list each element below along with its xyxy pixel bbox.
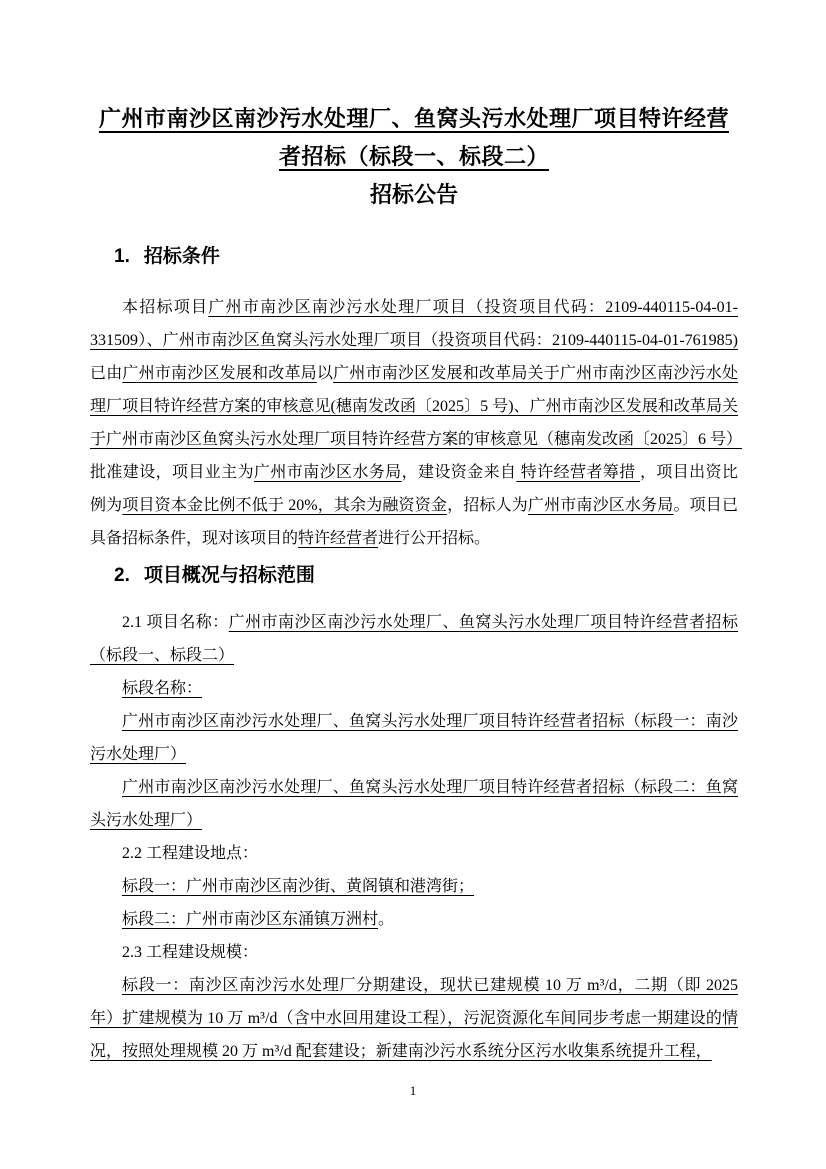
text-run: 以 — [317, 365, 333, 382]
section-label: 招标条件 — [144, 246, 220, 267]
section-heading: 1.招标条件 — [90, 244, 738, 270]
underlined-text: 广州市南沙区南沙污水处理厂、鱼窝头污水处理厂项目特许经营者招标（标段一：南沙污水… — [90, 713, 738, 763]
underlined-text: 标段名称： — [122, 680, 202, 697]
paragraph: 标段二：广州市南沙区东涌镇万洲村。 — [90, 903, 738, 936]
section-number: 2. — [114, 565, 130, 586]
text-run: 已由 — [90, 365, 122, 382]
underlined-text: 标段一：南沙区南沙污水处理厂分期建设，现状已建规模 10 万 m³/d，二期（即… — [90, 977, 738, 1060]
text-run: 进行公开招标。 — [378, 530, 490, 547]
paragraph: 2.1 项目名称：广州市南沙区南沙污水处理厂、鱼窝头污水处理厂项目特许经营者招标… — [90, 606, 738, 672]
paragraph: 本招标项目广州市南沙区南沙污水处理厂项目（投资项目代码：2109-440115-… — [90, 291, 738, 555]
underlined-text: 标段一：广州市南沙区南沙街、黄阁镇和港湾街； — [122, 878, 474, 895]
underlined-text: 广州市南沙区水务局 — [528, 497, 674, 514]
section-number: 1. — [114, 246, 130, 267]
paragraph: 标段一：广州市南沙区南沙街、黄阁镇和港湾街； — [90, 870, 738, 903]
paragraph: 广州市南沙区南沙污水处理厂、鱼窝头污水处理厂项目特许经营者招标（标段一：南沙污水… — [90, 705, 738, 771]
underlined-text: 特许经营者 — [298, 530, 378, 547]
paragraph: 广州市南沙区南沙污水处理厂、鱼窝头污水处理厂项目特许经营者招标（标段二：鱼窝头污… — [90, 771, 738, 837]
text-run: 本招标项目 — [122, 299, 208, 316]
paragraph: 标段一：南沙区南沙污水处理厂分期建设，现状已建规模 10 万 m³/d，二期（即… — [90, 969, 738, 1068]
document-content: 广州市南沙区南沙污水处理厂、鱼窝头污水处理厂项目特许经营者招标（标段一、标段二）… — [90, 0, 738, 1068]
paragraph: 标段名称： — [90, 672, 738, 705]
text-run: 2.2 工程建设地点： — [122, 845, 258, 862]
underlined-text: 广州市南沙区水务局 — [254, 464, 402, 481]
text-run: 2.3 工程建设规模： — [122, 944, 258, 961]
text-run: 。 — [378, 911, 394, 928]
section-label: 项目概况与招标范围 — [144, 565, 315, 586]
document-subtitle: 招标公告 — [90, 176, 738, 214]
underlined-text: 项目资本金比例不低于 20%，其余为融资资金 — [122, 497, 447, 514]
section-heading: 2.项目概况与招标范围 — [90, 563, 738, 589]
paragraph: 2.2 工程建设地点： — [90, 837, 738, 870]
underlined-text: 特许经营者筹措 — [516, 464, 640, 481]
document-title: 广州市南沙区南沙污水处理厂、鱼窝头污水处理厂项目特许经营者招标（标段一、标段二） — [90, 100, 738, 176]
underlined-text: 广州市南沙区南沙污水处理厂、鱼窝头污水处理厂项目特许经营者招标（标段二：鱼窝头污… — [90, 779, 738, 829]
document-page: 广州市南沙区南沙污水处理厂、鱼窝头污水处理厂项目特许经营者招标（标段一、标段二）… — [0, 0, 826, 1169]
text-run: ，招标人为 — [447, 497, 528, 514]
document-body: 1.招标条件本招标项目广州市南沙区南沙污水处理厂项目（投资项目代码：2109-4… — [90, 244, 738, 1068]
document-title-text: 广州市南沙区南沙污水处理厂、鱼窝头污水处理厂项目特许经营者招标（标段一、标段二） — [99, 106, 729, 169]
underlined-text: 标段二：广州市南沙区东涌镇万洲村 — [122, 911, 378, 928]
paragraph: 2.3 工程建设规模： — [90, 936, 738, 969]
underlined-text: 广州市南沙区发展和改革局 — [122, 365, 316, 382]
text-run: 批准建设，项目业主为 — [90, 464, 254, 481]
text-run: 2.1 项目名称： — [122, 614, 229, 631]
page-number: 1 — [0, 1083, 826, 1099]
text-run: ，建设资金来自 — [402, 464, 517, 481]
